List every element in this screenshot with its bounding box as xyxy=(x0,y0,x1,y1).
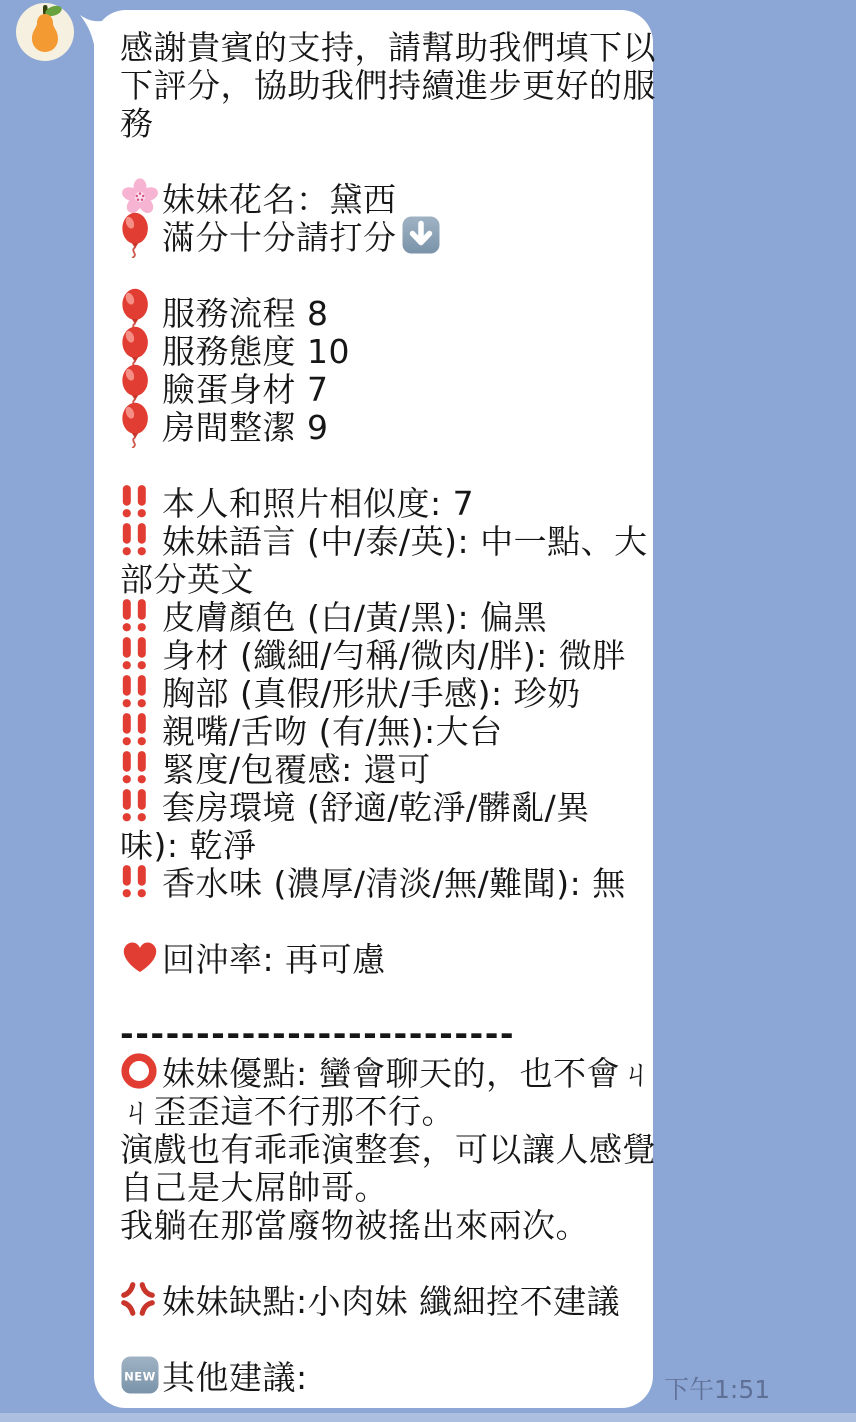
message-line: 回沖率: 再可慮 xyxy=(120,938,647,976)
line-text xyxy=(120,1242,131,1281)
double-exclamation-icon xyxy=(120,484,162,518)
line-text: 其他建議: xyxy=(162,1352,308,1399)
line-text: 妹妹缺點:小肉妹 纖細控不建議 xyxy=(162,1276,620,1323)
new-button-icon: NEW xyxy=(120,1355,162,1395)
double-exclamation-icon xyxy=(120,674,162,708)
message-line: 演戲也有乖乖演整套，可以讓人感覺 xyxy=(120,1128,647,1166)
anger-symbol-icon xyxy=(120,1281,162,1317)
message-line: ㄐ歪歪這不行那不行。 xyxy=(120,1090,647,1128)
line-text: 香水味 (濃厚/清淡/無/難聞): 無 xyxy=(162,858,626,905)
balloon-icon xyxy=(120,402,162,448)
message-text: 感謝貴賓的支持，請幫助我們填下以下評分，協助我們持續進步更好的服務 妹妹花名：黛… xyxy=(120,26,647,1394)
message-line: 滿分十分請打分 xyxy=(120,216,647,254)
line-text: 滿分十分請打分 xyxy=(162,212,397,259)
line-text: 回沖率: 再可慮 xyxy=(162,934,386,981)
message-line: 妹妹花名：黛西 xyxy=(120,178,647,216)
double-exclamation-icon xyxy=(120,788,162,822)
message-line: NEW 其他建議: xyxy=(120,1356,647,1394)
double-exclamation-icon xyxy=(120,636,162,670)
line-text: 房間整潔 9 xyxy=(162,402,329,449)
message-line: 房間整潔 9 xyxy=(120,406,647,444)
message-line xyxy=(120,1242,647,1280)
down-arrow-icon xyxy=(401,215,441,255)
double-exclamation-icon xyxy=(120,522,162,556)
message-line: 臉蛋身材 7 xyxy=(120,368,647,406)
line-text xyxy=(120,140,131,179)
message-line: 皮膚顏色 (白/黃/黑): 偏黑 xyxy=(120,596,647,634)
chat-screen: 感謝貴賓的支持，請幫助我們填下以下評分，協助我們持續進步更好的服務 妹妹花名：黛… xyxy=(0,0,856,1422)
message-line xyxy=(120,900,647,938)
line-text xyxy=(120,1318,131,1357)
double-exclamation-icon xyxy=(120,598,162,632)
message-line: 套房環境 (舒適/乾淨/髒亂/異 xyxy=(120,786,647,824)
message-line: 味): 乾淨 xyxy=(120,824,647,862)
red-heart-icon xyxy=(120,939,162,975)
message-line: 妹妹缺點:小肉妹 纖細控不建議 xyxy=(120,1280,647,1318)
message-line: 妹妹語言 (中/泰/英): 中一點、大 xyxy=(120,520,647,558)
bubble-tail xyxy=(79,12,117,60)
double-exclamation-icon xyxy=(120,750,162,784)
line-text xyxy=(120,444,131,483)
message-line: 務 xyxy=(120,102,647,140)
double-exclamation-icon xyxy=(120,864,162,898)
message-line: 服務態度 10 xyxy=(120,330,647,368)
message-line: 部分英文 xyxy=(120,558,647,596)
double-exclamation-icon xyxy=(120,712,162,746)
message-line: 自己是大屌帥哥。 xyxy=(120,1166,647,1204)
svg-text:NEW: NEW xyxy=(124,1370,156,1384)
message-line xyxy=(120,976,647,1014)
message-line: 緊度/包覆感: 還可 xyxy=(120,748,647,786)
message-line: 我躺在那當廢物被搖出來兩次。 xyxy=(120,1204,647,1242)
message-line: 身材 (纖細/勻稱/微肉/胖): 微胖 xyxy=(120,634,647,672)
message-line: 香水味 (濃厚/清淡/無/難聞): 無 xyxy=(120,862,647,900)
message-line: 胸部 (真假/形狀/手感): 珍奶 xyxy=(120,672,647,710)
line-text: 我躺在那當廢物被搖出來兩次。 xyxy=(120,1200,589,1247)
message-line: 感謝貴賓的支持，請幫助我們填下以 xyxy=(120,26,647,64)
message-timestamp: 下午1:51 xyxy=(664,1370,770,1406)
line-text xyxy=(120,900,131,939)
message-line: 下評分，協助我們持續進步更好的服 xyxy=(120,64,647,102)
message-line: 服務流程 8 xyxy=(120,292,647,330)
bottom-fade xyxy=(0,1413,856,1422)
message-line xyxy=(120,254,647,292)
message-line: 親嘴/舌吻 (有/無):大台 xyxy=(120,710,647,748)
balloon-icon xyxy=(120,212,162,258)
message-line xyxy=(120,444,647,482)
message-line: 本人和照片相似度: 7 xyxy=(120,482,647,520)
cherry-blossom-icon xyxy=(120,177,162,217)
message-bubble[interactable]: 感謝貴賓的支持，請幫助我們填下以下評分，協助我們持續進步更好的服務 妹妹花名：黛… xyxy=(94,10,653,1408)
message-line: -------------------------- xyxy=(120,1014,647,1052)
message-line xyxy=(120,140,647,178)
line-text: 務 xyxy=(120,98,154,145)
line-text xyxy=(120,976,131,1015)
line-text: 下評分，協助我們持續進步更好的服 xyxy=(120,60,656,107)
hollow-red-circle-icon xyxy=(120,1052,162,1090)
message-line: 妹妹優點: 蠻會聊天的，也不會ㄐ xyxy=(120,1052,647,1090)
pear-icon xyxy=(22,4,68,60)
message-line xyxy=(120,1318,647,1356)
avatar[interactable] xyxy=(16,3,74,61)
line-text xyxy=(120,254,131,293)
